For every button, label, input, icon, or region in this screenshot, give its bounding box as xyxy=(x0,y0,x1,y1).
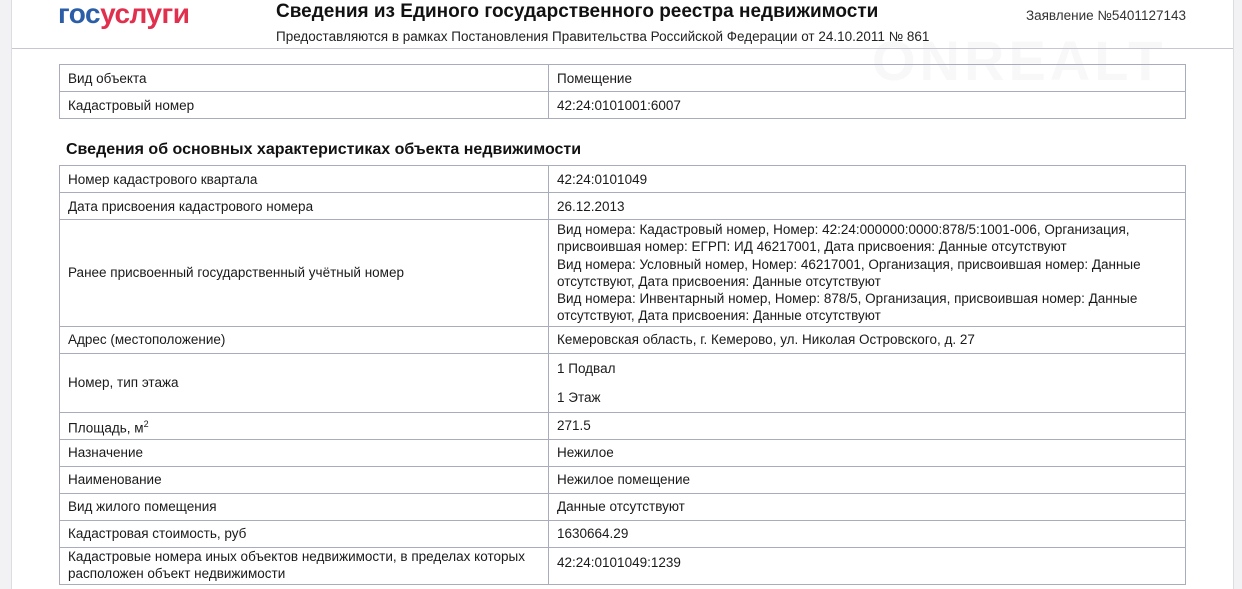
table-row: Адрес (местоположение) Кемеровская облас… xyxy=(60,326,1186,353)
row-value: 271.5 xyxy=(549,412,1186,439)
document-title: Сведения из Единого государственного рее… xyxy=(276,1,878,23)
table-row: Вид объекта Помещение xyxy=(60,65,1186,92)
row-value: 42:24:0101049 xyxy=(549,166,1186,193)
section-title: Сведения об основных характеристиках объ… xyxy=(66,141,581,159)
row-value: 42:24:0101001:6007 xyxy=(549,92,1186,119)
value-line: Вид номера: Инвентарный номер, Номер: 87… xyxy=(557,290,1177,325)
object-table: Вид объекта Помещение Кадастровый номер … xyxy=(59,64,1186,119)
document-page: госуслуги Сведения из Единого государств… xyxy=(11,0,1234,589)
characteristics-table: Номер кадастрового квартала 42:24:010104… xyxy=(59,165,1186,585)
row-label: Наименование xyxy=(60,466,549,493)
row-label: Назначение xyxy=(60,439,549,466)
row-value: 42:24:0101049:1239 xyxy=(549,547,1186,584)
row-value-multiline: 1 Подвал 1 Этаж xyxy=(549,353,1186,412)
table-row: Наименование Нежилое помещение xyxy=(60,466,1186,493)
table-row: Назначение Нежилое xyxy=(60,439,1186,466)
table-row: Номер кадастрового квартала 42:24:010104… xyxy=(60,166,1186,193)
table-row: Кадастровый номер 42:24:0101001:6007 xyxy=(60,92,1186,119)
row-value: Нежилое помещение xyxy=(549,466,1186,493)
table-row: Вид жилого помещения Данные отсутствуют xyxy=(60,493,1186,520)
value-line: 1 Подвал xyxy=(557,354,1177,383)
value-line: 1 Этаж xyxy=(557,383,1177,412)
row-value: Нежилое xyxy=(549,439,1186,466)
row-value: Данные отсутствуют xyxy=(549,493,1186,520)
logo-part-uslugi: услуги xyxy=(100,0,189,29)
row-value-multiline: Вид номера: Кадастровый номер, Номер: 42… xyxy=(549,220,1186,327)
table-row: Кадастровые номера иных объектов недвижи… xyxy=(60,547,1186,584)
gosuslugi-logo: госуслуги xyxy=(58,0,189,30)
row-label: Кадастровая стоимость, руб xyxy=(60,520,549,547)
row-label: Кадастровые номера иных объектов недвижи… xyxy=(60,547,549,584)
value-line: Вид номера: Кадастровый номер, Номер: 42… xyxy=(557,221,1177,256)
document-subtitle: Предоставляются в рамках Постановления П… xyxy=(276,29,929,44)
row-label: Вид жилого помещения xyxy=(60,493,549,520)
document-header: госуслуги Сведения из Единого государств… xyxy=(12,0,1233,49)
row-value: 1630664.29 xyxy=(549,520,1186,547)
row-label: Площадь, м2 xyxy=(60,412,549,439)
logo-part-gos: гос xyxy=(58,0,100,29)
value-line: Вид номера: Условный номер, Номер: 46217… xyxy=(557,256,1177,291)
table-row: Номер, тип этажа 1 Подвал 1 Этаж xyxy=(60,353,1186,412)
row-label: Ранее присвоенный государственный учётны… xyxy=(60,220,549,327)
row-label: Адрес (местоположение) xyxy=(60,326,549,353)
label-text: Площадь, м xyxy=(68,420,144,435)
row-value: Кемеровская область, г. Кемерово, ул. Ни… xyxy=(549,326,1186,353)
row-value: 26.12.2013 xyxy=(549,193,1186,220)
table-row: Кадастровая стоимость, руб 1630664.29 xyxy=(60,520,1186,547)
row-label: Номер, тип этажа xyxy=(60,353,549,412)
table-row: Дата присвоения кадастрового номера 26.1… xyxy=(60,193,1186,220)
row-label: Кадастровый номер xyxy=(60,92,549,119)
row-value: Помещение xyxy=(549,65,1186,92)
row-label: Дата присвоения кадастрового номера xyxy=(60,193,549,220)
row-label: Вид объекта xyxy=(60,65,549,92)
table-row: Площадь, м2 271.5 xyxy=(60,412,1186,439)
table-row: Ранее присвоенный государственный учётны… xyxy=(60,220,1186,327)
row-label: Номер кадастрового квартала xyxy=(60,166,549,193)
label-superscript: 2 xyxy=(144,419,149,429)
application-number: Заявление №5401127143 xyxy=(1026,8,1186,23)
